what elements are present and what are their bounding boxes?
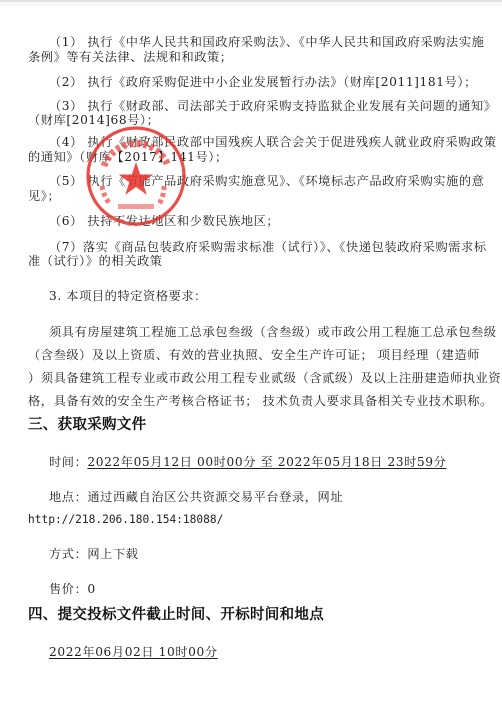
requirement-line-1: 须具有房屋建筑工程施工总承包叁级（含叁级）或市政公用工程施工总承包叁级 (49, 325, 497, 340)
policy-4-line-2: 的通知》（财库【2017】141号）； (28, 150, 228, 165)
method-label: 方式： (49, 547, 87, 561)
policy-1-line-1: （1） 执行《中华人民共和国政府采购法》、《中华人民共和国政府采购法实施 (49, 35, 484, 50)
requirement-line-4: 格，具备有效的安全生产考核合格证书； 技术负责人要求具备相关专业技术职称。 (28, 394, 493, 409)
place-value: 通过西藏自治区公共资源交易平台登录，网址 (87, 490, 343, 504)
acquisition-method: 方式：网上下载 (49, 547, 139, 562)
document-price: 售价：0 (49, 582, 96, 597)
policy-5-line-1: （5） 执行《节能产品政府采购实施意见》、《环境标志产品政府采购实施的意 (49, 174, 484, 189)
price-label: 售价： (49, 582, 87, 596)
time-value: 2022年05月12日 00时00分 至 2022年05月18日 23时59分 (87, 455, 446, 469)
acquisition-time: 时间：2022年05月12日 00时00分 至 2022年05月18日 23时5… (49, 455, 446, 470)
policy-3-line-2: （财库[2014]68号）； (28, 113, 159, 128)
policy-7-line-1: （7）落实《商品包装政府采购需求标准（试行）》、《快递包装政府采购需求标 (49, 240, 487, 255)
document-page: （1） 执行《中华人民共和国政府采购法》、《中华人民共和国政府采购法实施 条例》… (0, 0, 502, 712)
policy-1-line-2: 条例》等有关法律、法规和和政策； (28, 50, 233, 65)
platform-url[interactable]: http://218.206.180.154:18088/ (28, 512, 223, 527)
special-requirements-title: 3. 本项目的特定资格要求： (49, 289, 207, 304)
method-value: 网上下载 (87, 547, 138, 561)
policy-5-line-2: 见》； (28, 189, 60, 204)
place-label: 地点： (49, 490, 87, 504)
policy-2-line-1: （2） 执行《政府采购促进中小企业发展暂行办法》（财库[2011]181号）； (49, 75, 477, 90)
policy-6-line-1: （6） 扶持不发达地区和少数民族地区； (49, 214, 279, 229)
section-4-heading: 四、提交投标文件截止时间、开标时间和地点 (28, 606, 324, 624)
price-value: 0 (87, 582, 95, 596)
policy-7-line-2: 准（试行）》的相关政策 (28, 254, 163, 269)
time-label: 时间： (49, 455, 87, 469)
policy-3-line-1: （3） 执行《财政部、司法部关于政府采购支持监狱企业发展有关问题的通知》 (49, 99, 497, 114)
requirement-line-3: ）须具备建筑工程专业或市政公用工程专业贰级（含贰级）及以上注册建造师执业资 (28, 371, 501, 386)
section-3-heading: 三、获取采购文件 (28, 416, 146, 434)
requirement-line-2: （含叁级）及以上资质、有效的营业执照、安全生产许可证； 项目经理（建造师 (28, 348, 480, 363)
acquisition-place: 地点：通过西藏自治区公共资源交易平台登录，网址 (49, 490, 343, 505)
policy-4-line-1: （4） 执行《财政部民政部中国残疾人联合会关于促进残疾人就业政府采购政策 (49, 135, 497, 150)
bid-deadline: 2022年06月02日 10时00分 (49, 645, 218, 660)
